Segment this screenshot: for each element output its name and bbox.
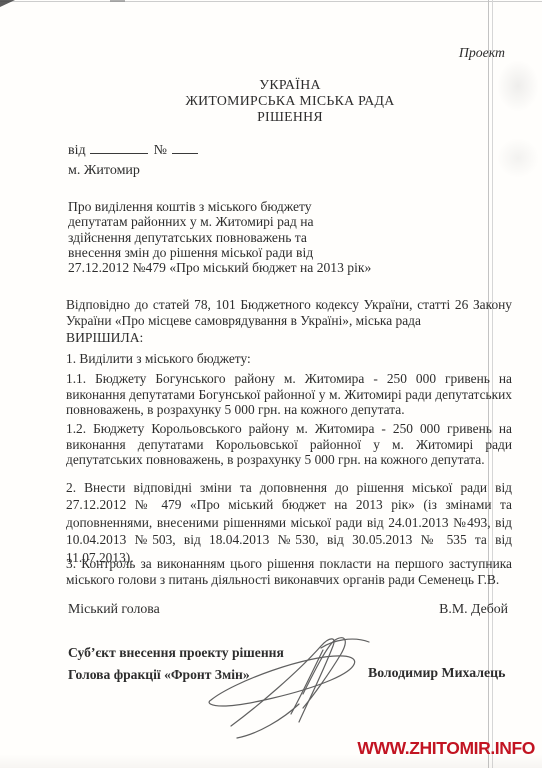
subject-name: Володимир Михалець	[368, 665, 505, 681]
draft-label: Проект	[459, 45, 505, 61]
title-line: 27.12.2012 №479 «Про міський бюджет на 2…	[68, 260, 371, 275]
date-number-line: від№	[68, 140, 198, 159]
clause-3: 3. Контроль за виконанням цього рішення …	[66, 556, 512, 588]
date-blank-line	[90, 140, 148, 154]
header-doc-type: РІШЕННЯ	[68, 109, 512, 125]
document-page: Проект УКРАЇНА ЖИТОМИРСЬКА МІСЬКА РАДА Р…	[0, 0, 542, 768]
mayor-signature-row: Міський голова В.М. Дебой	[68, 601, 508, 617]
header-country: УКРАЇНА	[68, 77, 512, 93]
title-line: внесення змін до рішення міської ради ві…	[68, 245, 371, 260]
scan-top-dash-artifact	[110, 0, 125, 2]
handwritten-signature-scribble	[203, 634, 375, 739]
city-label: м. Житомир	[68, 163, 140, 179]
title-line: Про виділення коштів з міського бюджету	[68, 199, 371, 214]
clause-2: 2. Внести відповідні зміни та доповнення…	[66, 479, 512, 566]
resolved-label: ВИРІШИЛА:	[66, 330, 143, 346]
date-label: від	[68, 143, 86, 158]
site-watermark: WWW.ZHITOMIR.INFO	[357, 738, 535, 759]
number-blank-line	[172, 140, 198, 154]
scan-corner-artifact	[0, 0, 15, 7]
scan-top-edge-artifact	[0, 1, 542, 2]
header-council: ЖИТОМИРСЬКА МІСЬКА РАДА	[68, 93, 512, 109]
title-line: депутатам районних у м. Житомирі рад на	[68, 214, 371, 229]
clause-1: 1. Виділити з міського бюджету:	[66, 351, 512, 367]
mayor-name: В.М. Дебой	[439, 601, 508, 617]
title-line: здійснення депутатських повноважень та	[68, 230, 371, 245]
scan-smudge	[497, 138, 539, 178]
preamble-paragraph: Відповідно до статей 78, 101 Бюджетного …	[66, 297, 512, 329]
number-label: №	[154, 143, 167, 158]
clause-1-1: 1.1. Бюджету Богунського району м. Житом…	[66, 371, 512, 418]
document-title: Про виділення коштів з міського бюджету …	[68, 199, 371, 275]
document-header: УКРАЇНА ЖИТОМИРСЬКА МІСЬКА РАДА РІШЕННЯ	[68, 77, 512, 125]
clause-1-2: 1.2. Бюджету Корольовського району м. Жи…	[66, 421, 512, 468]
mayor-title: Міський голова	[68, 601, 160, 617]
